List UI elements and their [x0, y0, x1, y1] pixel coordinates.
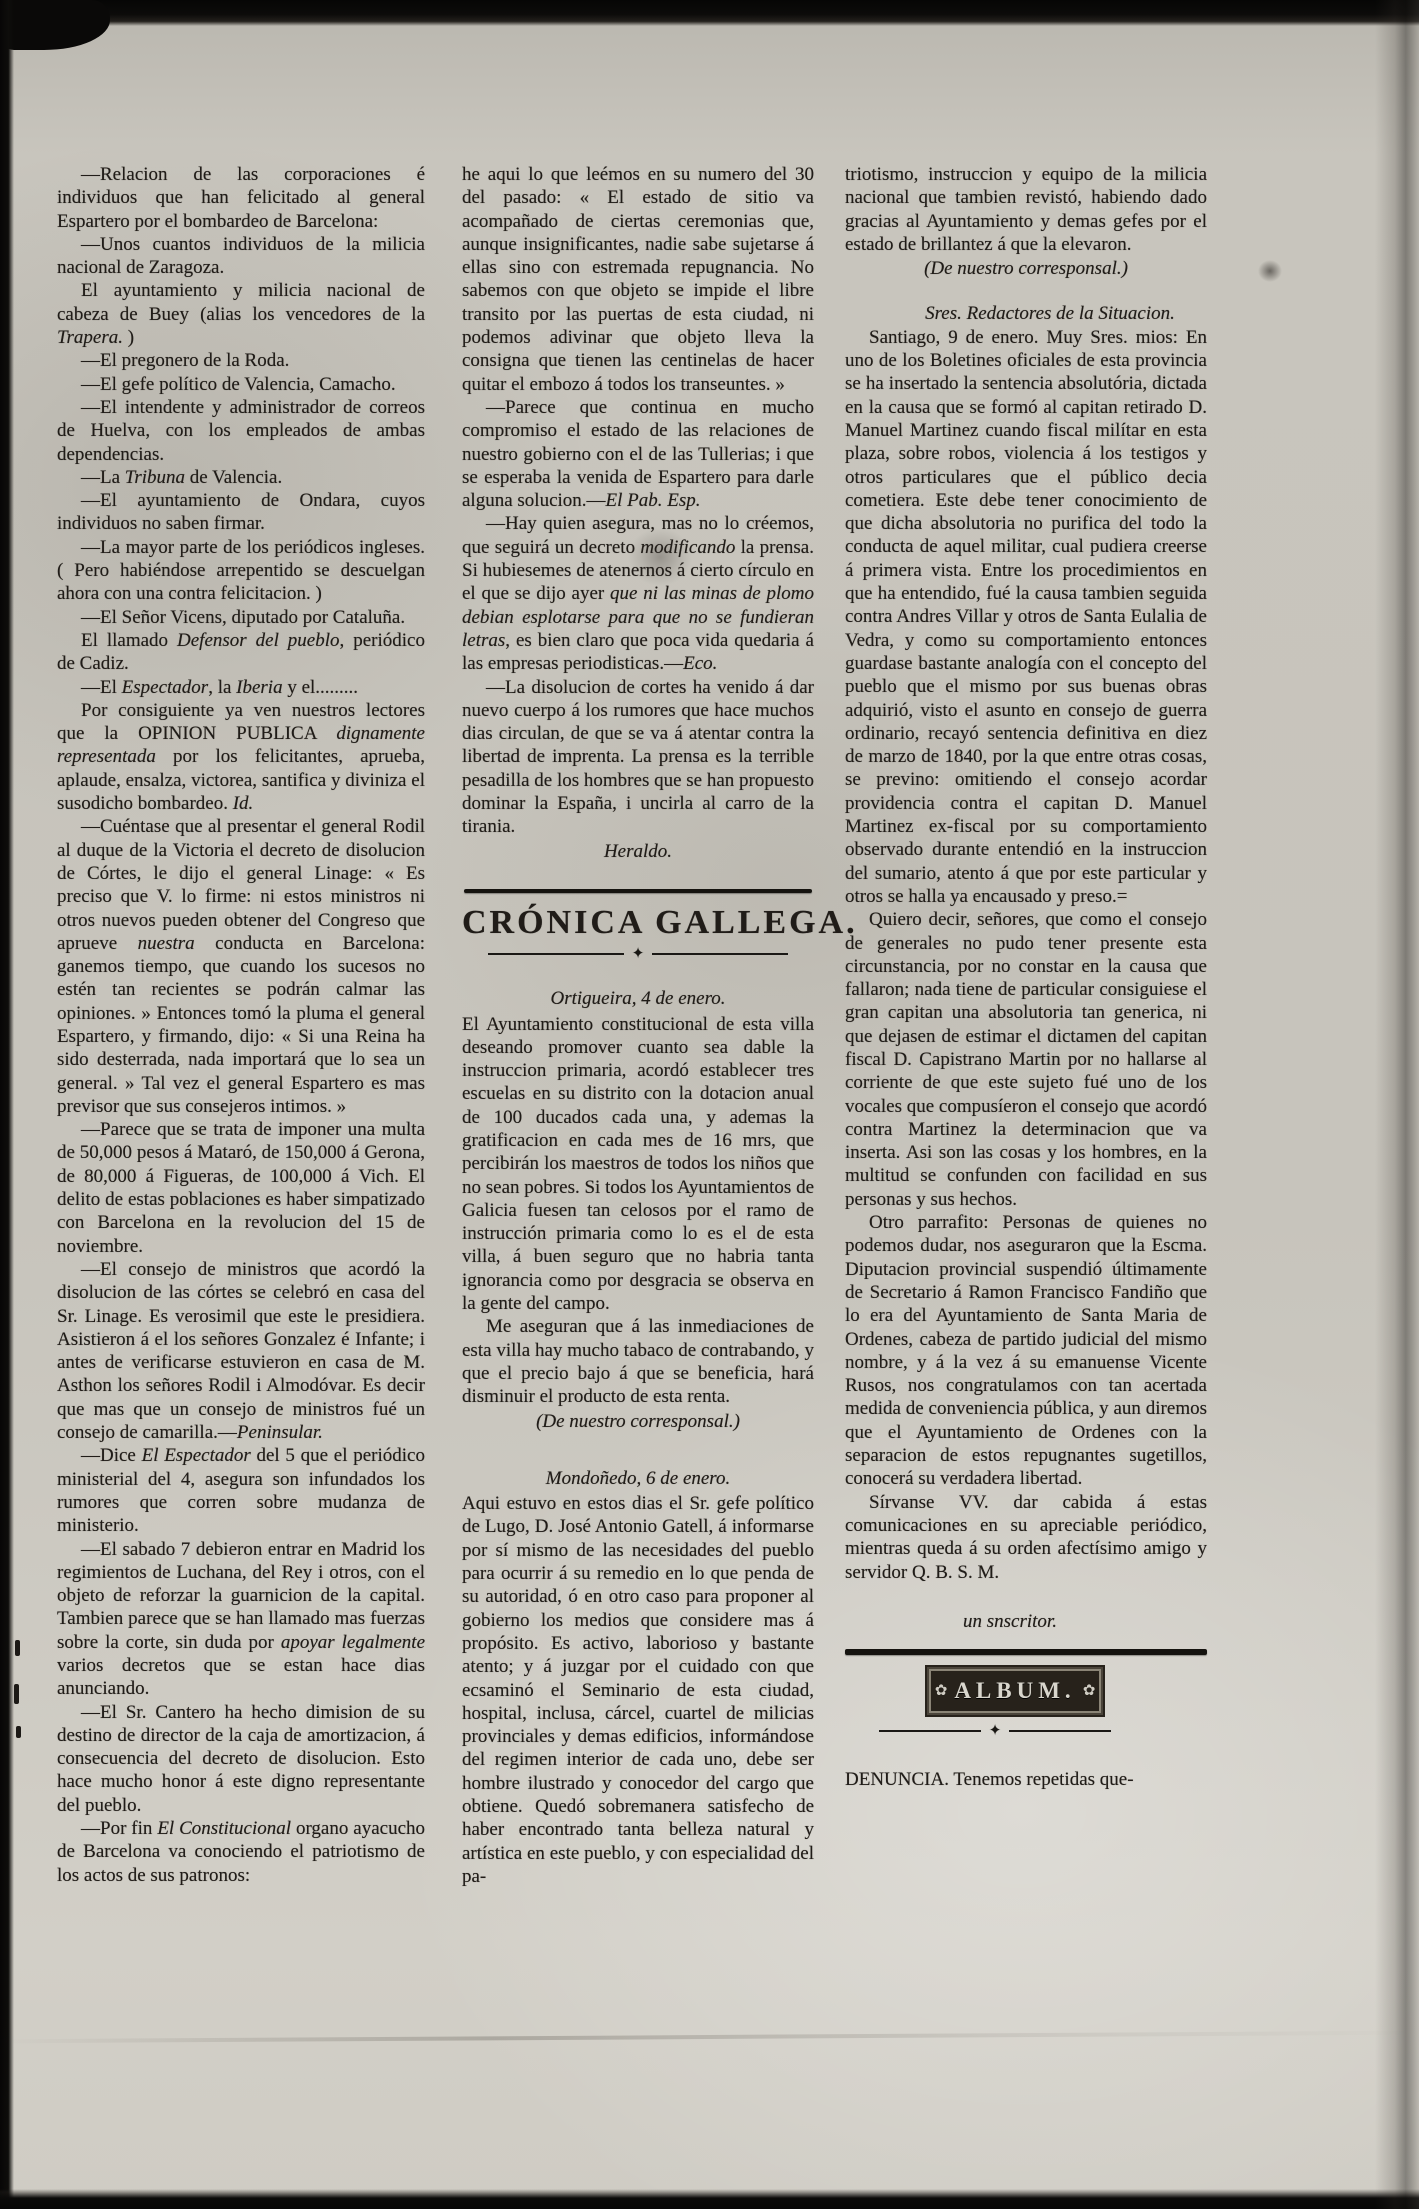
flourish-icon: ✿: [935, 1679, 948, 1702]
scan-edge-top: [0, 0, 1419, 26]
dateline-ortigueira: Ortigueira, 4 de enero.: [462, 987, 814, 1010]
news-item: El ayuntamiento y milicia nacional de ca…: [57, 279, 425, 349]
news-item: Me aseguran que á las inmediaciones de e…: [462, 1315, 814, 1408]
news-item: Por consiguiente ya ven nuestros lectore…: [57, 699, 425, 815]
letter-paragraph: Quiero decir, señores, que como el conse…: [845, 908, 1207, 1211]
ink-smudge: [628, 528, 692, 586]
news-item: —El gefe político de Valencia, Camacho.: [57, 373, 425, 396]
news-item: —El Señor Vicens, diputado por Cataluña.: [57, 606, 425, 629]
section-heading-cronica-gallega: CRÓNICA GALLEGA.: [462, 911, 814, 934]
news-item: —Relacion de las corporaciones é individ…: [57, 163, 425, 233]
newspaper-column-middle: he aqui lo que leémos en su numero del 3…: [462, 163, 814, 1888]
news-item-continuation: he aqui lo que leémos en su numero del 3…: [462, 163, 814, 396]
news-item: —Por fin El Constitucional organo ayacuc…: [57, 1817, 425, 1887]
news-item: —Unos cuantos individuos de la milicia n…: [57, 233, 425, 280]
news-item-denuncia: DENUNCIA. Tenemos repetidas que-: [845, 1768, 1207, 1791]
news-item: El llamado Defensor del pueblo, periódic…: [57, 629, 425, 676]
section-rule: [845, 1649, 1207, 1655]
ornament-divider: ✦: [488, 946, 788, 961]
letter-paragraph: Otro parrafito: Personas de quienes no p…: [845, 1211, 1207, 1491]
news-item: El Ayuntamiento constitucional de esta v…: [462, 1013, 814, 1316]
scan-edge-corner: [0, 0, 110, 50]
news-item: —El pregonero de la Roda.: [57, 349, 425, 372]
section-rule: [464, 889, 812, 893]
album-title: ALBUM.: [954, 1679, 1075, 1702]
news-item: —El consejo de ministros que acordó la d…: [57, 1258, 425, 1444]
news-item: —La Tribuna de Valencia.: [57, 466, 425, 489]
news-item-continuation: triotismo, instruccion y equipo de la mi…: [845, 163, 1207, 256]
letter-signature: un snscritor.: [845, 1610, 1207, 1633]
ornament-divider: ✦: [879, 1723, 1111, 1738]
news-item: Aqui estuvo en estos dias el Sr. gefe po…: [462, 1492, 814, 1888]
ink-spot: [1258, 260, 1282, 282]
page-fold-shadow: [1375, 0, 1419, 2209]
newspaper-column-right: triotismo, instruccion y equipo de la mi…: [845, 163, 1207, 1791]
news-item: —El sabado 7 debieron entrar en Madrid l…: [57, 1538, 425, 1701]
news-item: —El ayuntamiento de Ondara, cuyos indivi…: [57, 489, 425, 536]
correspondent-attribution: (De nuestro corresponsal.): [845, 257, 1207, 280]
flourish-icon: ✿: [1083, 1679, 1096, 1702]
newspaper-page-scan: —Relacion de las corporaciones é individ…: [0, 0, 1419, 2209]
source-attribution: Heraldo.: [462, 840, 814, 863]
scan-edge-left: [0, 0, 14, 2209]
news-item: —La mayor parte de los periódicos ingles…: [57, 536, 425, 606]
news-item: —La disolucion de cortes ha venido á dar…: [462, 676, 814, 839]
paper-crease: [0, 2031, 1419, 2044]
news-item: —El intendente y administrador de correo…: [57, 396, 425, 466]
newspaper-column-left: —Relacion de las corporaciones é individ…: [57, 163, 425, 1887]
letter-paragraph: Sírvanse VV. dar cabida á estas comunica…: [845, 1491, 1207, 1584]
album-ornament-heading: ✿ ALBUM. ✿: [927, 1667, 1103, 1715]
flourish-icon: ✦: [989, 1723, 1002, 1738]
scan-artifact-mark: [16, 1726, 21, 1738]
scan-artifact-mark: [15, 1640, 20, 1656]
news-item: —El Espectador, la Iberia y el.........: [57, 676, 425, 699]
correspondent-attribution: (De nuestro corresponsal.): [462, 1410, 814, 1433]
news-item: —Parece que se trata de imponer una mult…: [57, 1118, 425, 1258]
scan-artifact-mark: [14, 1684, 19, 1704]
scan-edge-bottom: [0, 2189, 1419, 2209]
news-item: —El Sr. Cantero ha hecho dimision de su …: [57, 1701, 425, 1817]
news-item: —Cuéntase que al presentar el general Ro…: [57, 815, 425, 1118]
letter-paragraph: Santiago, 9 de enero. Muy Sres. mios: En…: [845, 326, 1207, 908]
news-item: —Dice El Espectador del 5 que el periódi…: [57, 1444, 425, 1537]
dateline-mondonedo: Mondoñedo, 6 de enero.: [462, 1467, 814, 1490]
letter-salutation: Sres. Redactores de la Situacion.: [845, 302, 1207, 325]
news-item: —Parece que continua en mucho compromiso…: [462, 396, 814, 512]
flourish-icon: ✦: [632, 946, 645, 961]
